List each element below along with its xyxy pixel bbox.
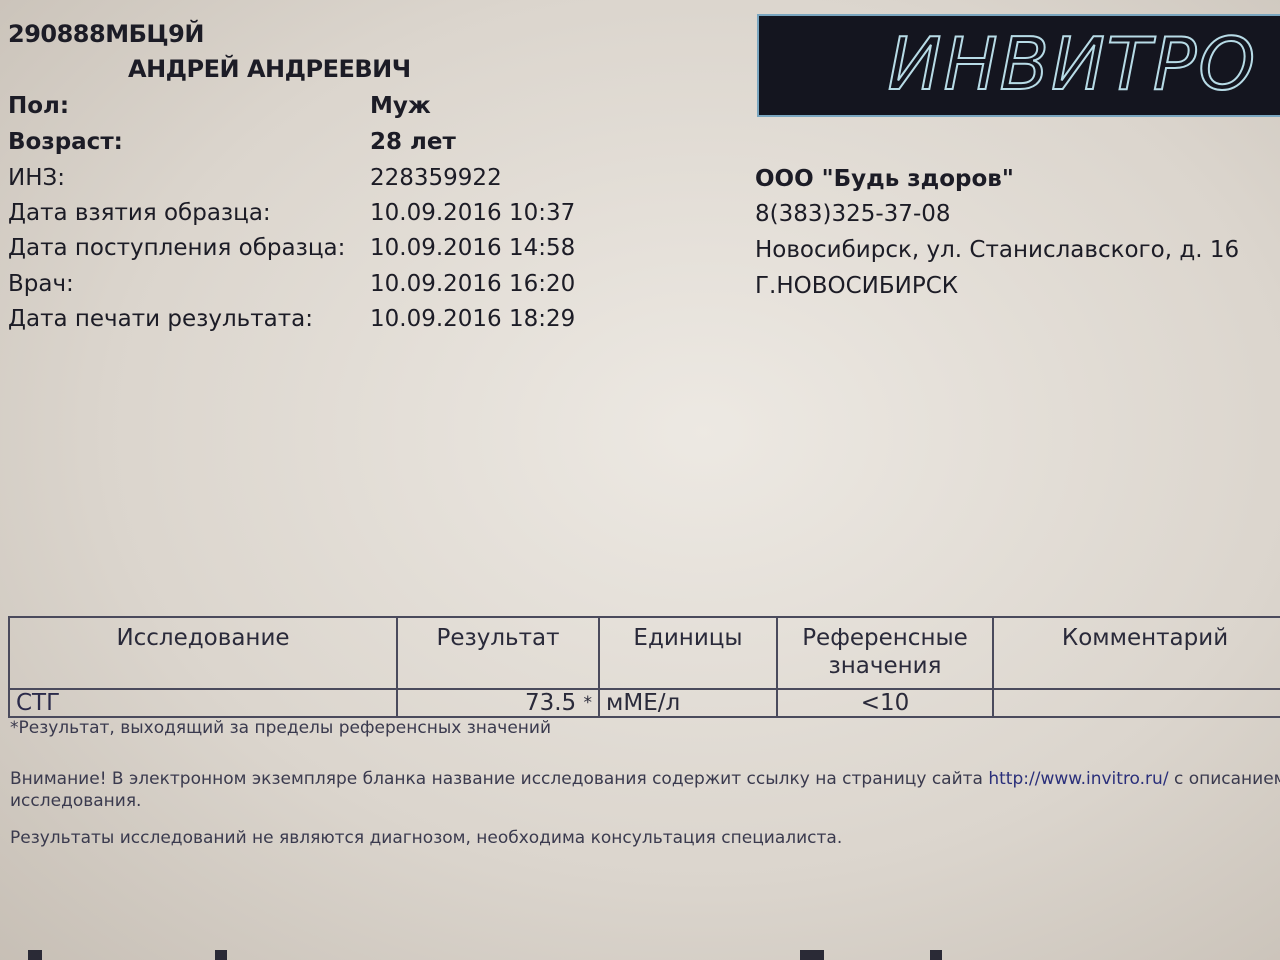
field-label-doctor: Врач: [8, 271, 74, 297]
invitro-site-link[interactable]: http://www.invitro.ru/ [988, 769, 1168, 789]
org-phone: 8(383)325-37-08 [755, 201, 951, 227]
cell-test[interactable]: СТГ [9, 689, 397, 717]
header-comment: Комментарий [993, 617, 1280, 689]
field-value-doctor: 10.09.2016 16:20 [370, 271, 575, 297]
attention-text: Внимание! В электронном экземпляре бланк… [10, 769, 988, 789]
result-value: 73.5 [525, 690, 576, 716]
cell-comment [993, 689, 1280, 717]
test-name-link[interactable]: СТГ [16, 690, 60, 716]
attention-note: Внимание! В электронном экземпляре бланк… [10, 769, 1280, 789]
org-name: ООО "Будь здоров" [755, 166, 1014, 192]
patient-id: 290888МБЦ9Й [8, 20, 204, 48]
logo-text: ИНВИТРО [888, 22, 1257, 106]
org-address: Новосибирск, ул. Станиславского, д. 16 [755, 237, 1239, 263]
out-of-range-note: *Результат, выходящий за пределы референ… [10, 718, 551, 738]
field-value-inz: 228359922 [370, 165, 502, 191]
cell-reference: <10 [777, 689, 993, 717]
org-city: Г.НОВОСИБИРСК [755, 273, 958, 299]
attention-text-tail: с описанием [1169, 769, 1280, 789]
field-label-sample-taken: Дата взятия образца: [8, 200, 271, 226]
cut-off-glyph [28, 950, 42, 960]
field-value-print-date: 10.09.2016 18:29 [370, 306, 575, 332]
disclaimer-note: Результаты исследований не являются диаг… [10, 828, 842, 848]
attention-note-line2: исследования. [10, 791, 141, 811]
field-label-age: Возраст: [8, 129, 123, 155]
field-value-sample-received: 10.09.2016 14:58 [370, 235, 575, 261]
field-value-sex: Муж [370, 93, 431, 119]
field-value-sample-taken: 10.09.2016 10:37 [370, 200, 575, 226]
header-test: Исследование [9, 617, 397, 689]
out-of-range-flag: * [584, 693, 593, 713]
invitro-logo: ИНВИТРО [757, 14, 1280, 117]
cut-off-text-row [0, 950, 1280, 960]
field-value-age: 28 лет [370, 129, 456, 155]
table-row: СТГ 73.5 * мМЕ/л <10 [9, 689, 1280, 717]
cell-result: 73.5 * [397, 689, 599, 717]
header-result: Результат [397, 617, 599, 689]
header-reference-text: Референсные значения [800, 624, 970, 680]
field-label-sample-received: Дата поступления образца: [8, 235, 345, 261]
field-label-inz: ИНЗ: [8, 165, 65, 191]
header-reference: Референсные значения [777, 617, 993, 689]
field-label-print-date: Дата печати результата: [8, 306, 313, 332]
field-label-sex: Пол: [8, 93, 69, 119]
cell-units: мМЕ/л [599, 689, 777, 717]
header-units: Единицы [599, 617, 777, 689]
cut-off-glyph [800, 950, 824, 960]
cut-off-glyph [930, 950, 942, 960]
cut-off-glyph [215, 950, 227, 960]
results-header-row: Исследование Результат Единицы Референсн… [9, 617, 1280, 689]
results-table: Исследование Результат Единицы Референсн… [8, 616, 1280, 718]
patient-name: АНДРЕЙ АНДРЕЕВИЧ [128, 55, 411, 83]
